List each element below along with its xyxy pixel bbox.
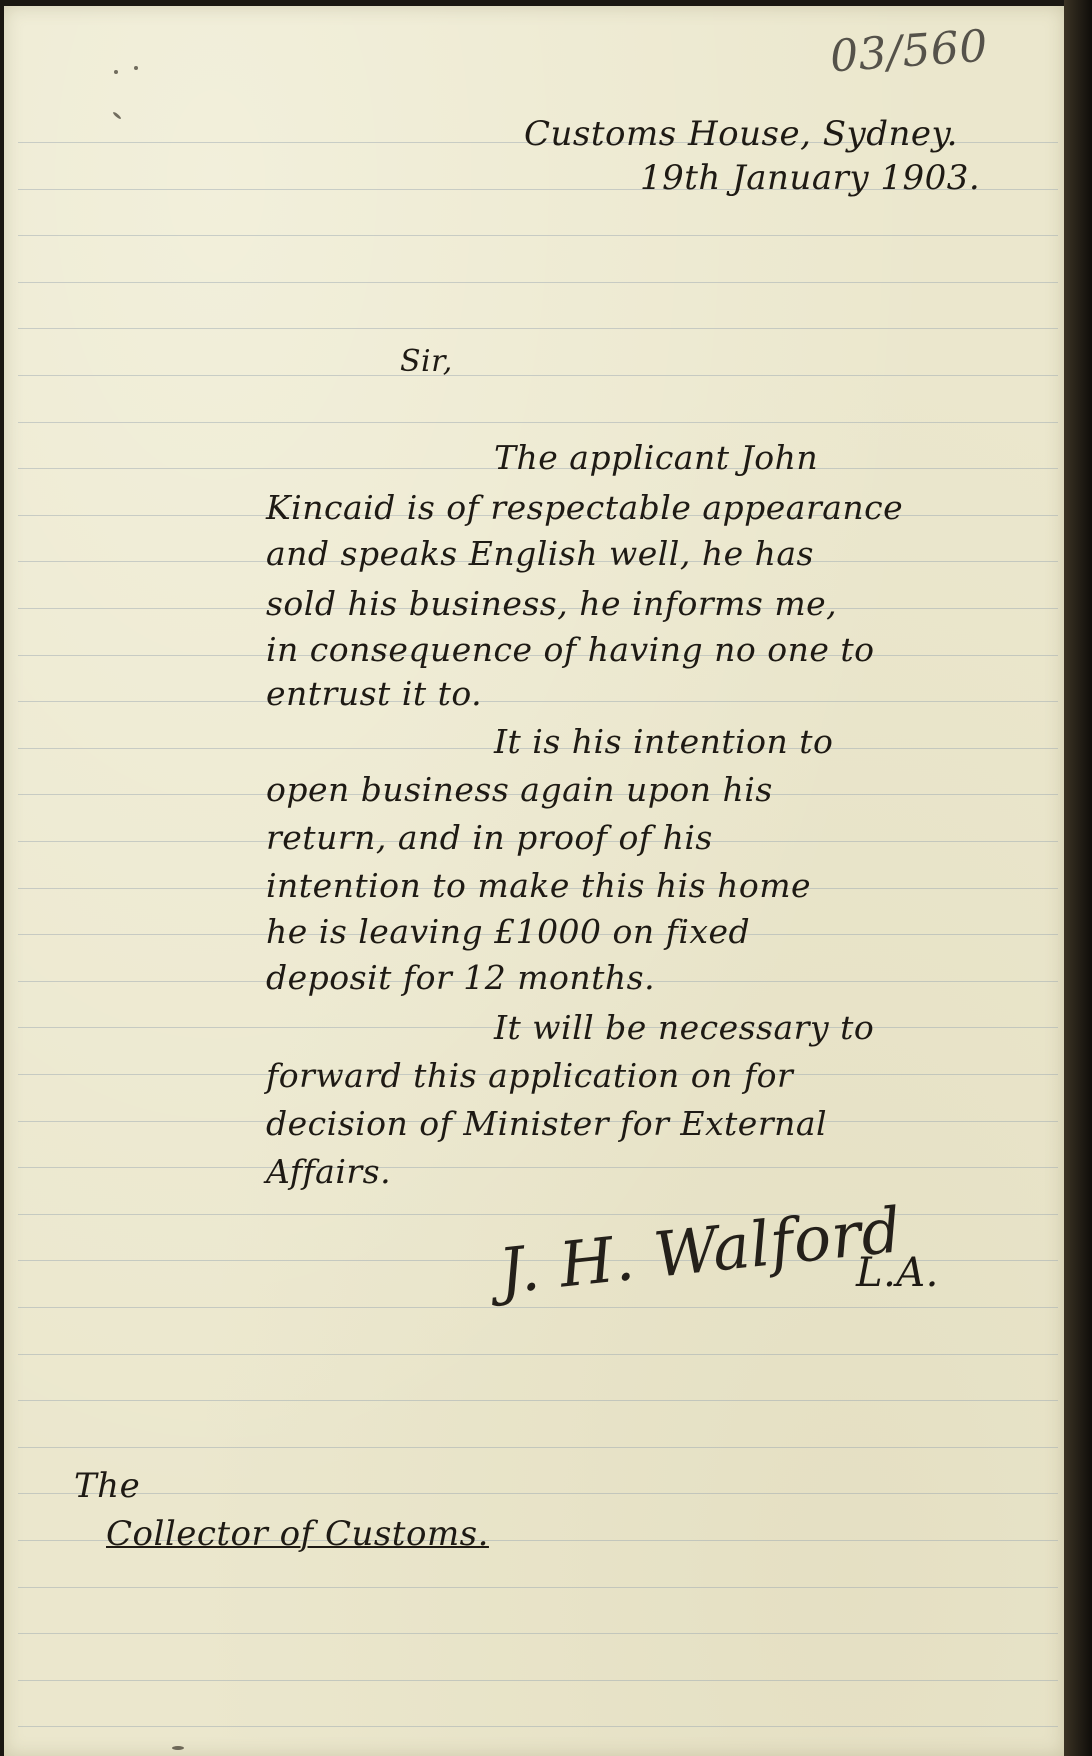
ruled-line	[18, 1493, 1058, 1494]
salutation: Sir,	[400, 344, 453, 379]
ruled-line	[18, 1400, 1058, 1401]
body-line: in consequence of having no one to	[266, 630, 874, 669]
letter-date: 19th January 1903.	[640, 158, 980, 198]
signature-title: L.A.	[856, 1250, 939, 1296]
ruled-line	[18, 282, 1058, 283]
sender-address: Customs House, Sydney.	[524, 114, 958, 154]
ink-speck	[112, 111, 122, 120]
ruled-line	[18, 701, 1058, 702]
body-line: open business again upon his	[266, 770, 773, 809]
ink-speck	[134, 66, 138, 70]
body-line: and speaks English well, he has	[266, 534, 814, 573]
body-line: decision of Minister for External	[266, 1104, 827, 1143]
ruled-line	[18, 235, 1058, 236]
body-line: entrust it to.	[266, 674, 482, 713]
ruled-line	[18, 1726, 1058, 1727]
ruled-line	[18, 422, 1058, 423]
ruled-line	[18, 375, 1058, 376]
body-line: intention to make this his home	[266, 866, 811, 905]
ruled-line	[18, 1354, 1058, 1355]
ruled-line	[18, 1447, 1058, 1448]
ruled-line	[18, 328, 1058, 329]
ink-speck	[172, 1746, 184, 1750]
body-line: he is leaving £1000 on fixed	[266, 912, 750, 951]
body-line: forward this application on for	[266, 1056, 793, 1095]
addressee-the: The	[74, 1466, 140, 1506]
ruled-line	[18, 1167, 1058, 1168]
body-line: deposit for 12 months.	[266, 958, 655, 997]
body-line: The applicant John	[494, 438, 818, 477]
ruled-line	[18, 1307, 1058, 1308]
ruled-line	[18, 1633, 1058, 1634]
body-line: return, and in proof of his	[266, 818, 713, 857]
body-line: It is his intention to	[494, 722, 833, 761]
signature: J. H. Walford	[495, 1193, 905, 1308]
ruled-line	[18, 1587, 1058, 1588]
body-line: It will be necessary to	[494, 1008, 874, 1047]
ruled-line	[18, 1214, 1058, 1215]
body-line: Affairs.	[266, 1152, 391, 1191]
reference-number: 03/560	[828, 21, 989, 83]
addressee-title: Collector of Customs.	[106, 1514, 489, 1554]
body-line: sold his business, he informs me,	[266, 584, 837, 623]
letter-page: 03/560 Customs House, Sydney. 19th Janua…	[4, 6, 1064, 1756]
body-line: Kincaid is of respectable appearance	[266, 488, 903, 527]
ink-speck	[114, 70, 118, 74]
ruled-line	[18, 1680, 1058, 1681]
page-edge-shadow	[1064, 0, 1092, 1756]
